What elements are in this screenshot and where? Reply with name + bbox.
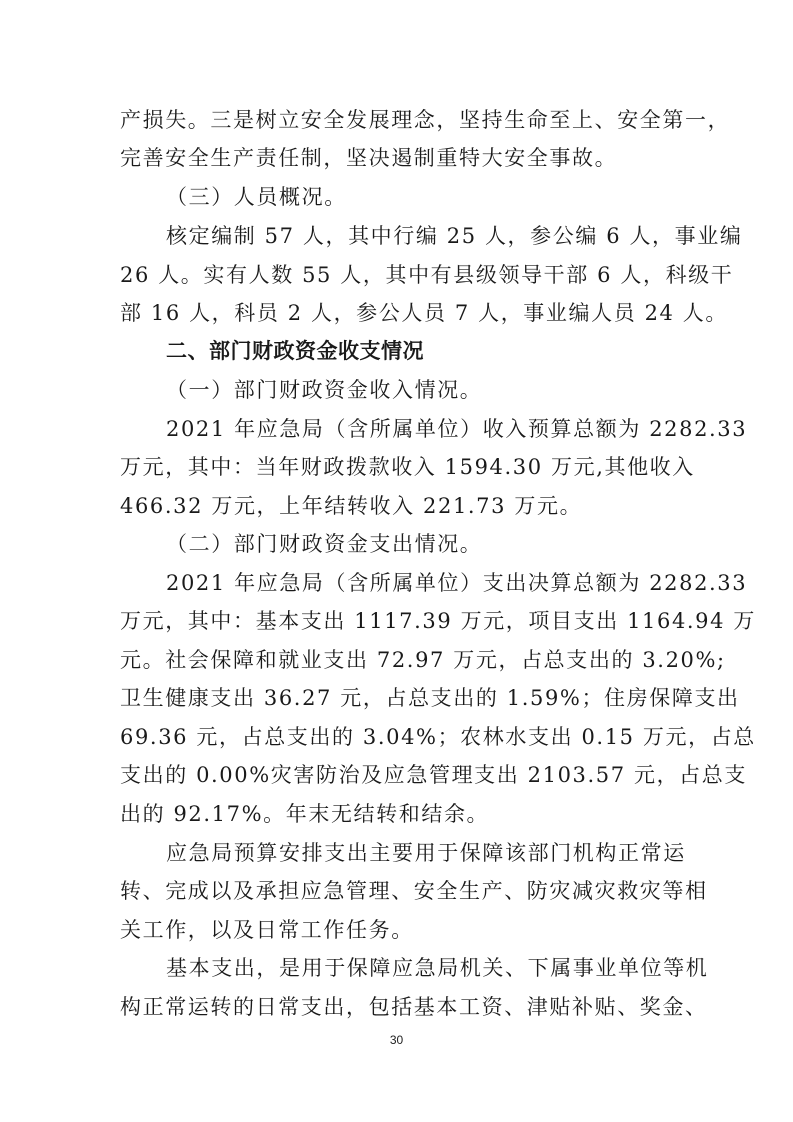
text-line: 69.36 元，占总支出的 3.04%；农林水支出 0.15 万元，占总 xyxy=(120,722,676,752)
text-line: 核定编制 57 人，其中行编 25 人，参公编 6 人，事业编 xyxy=(166,221,676,251)
text-line: 元。社会保障和就业支出 72.97 万元，占总支出的 3.20%; xyxy=(120,645,676,675)
text-line: 产损失。三是树立安全发展理念，坚持生命至上、安全第一， xyxy=(120,105,676,135)
text-line: 基本支出，是用于保障应急局机关、下属事业单位等机 xyxy=(166,953,676,983)
text-line: 出的 92.17%。年末无结转和结余。 xyxy=(120,799,676,829)
text-line: 卫生健康支出 36.27 元，占总支出的 1.59%；住房保障支出 xyxy=(120,683,676,713)
text-line: 完善安全生产责任制，坚决遏制重特大安全事故。 xyxy=(120,143,676,173)
text-line: 466.32 万元，上年结转收入 221.73 万元。 xyxy=(120,491,676,521)
section-heading-finance: 二、部门财政资金收支情况 xyxy=(166,336,676,366)
text-line: 关工作，以及日常工作任务。 xyxy=(120,915,676,945)
subsection-heading-expenditure: （二）部门财政资金支出情况。 xyxy=(166,529,676,559)
document-page: 产损失。三是树立安全发展理念，坚持生命至上、安全第一， 完善安全生产责任制，坚决… xyxy=(0,0,793,1122)
subsection-heading-personnel: （三）人员概况。 xyxy=(166,182,676,212)
text-line: 构正常运转的日常支出，包括基本工资、津贴补贴、奖金、 xyxy=(120,992,676,1022)
text-line: 支出的 0.00%灾害防治及应急管理支出 2103.57 元，占总支 xyxy=(120,760,676,790)
text-line: 2021 年应急局（含所属单位）收入预算总额为 2282.33 xyxy=(166,414,676,444)
page-number: 30 xyxy=(0,1033,793,1047)
text-line: 2021 年应急局（含所属单位）支出决算总额为 2282.33 xyxy=(166,568,676,598)
text-line: 应急局预算安排支出主要用于保障该部门机构正常运 xyxy=(166,838,676,868)
text-line: 26 人。实有人数 55 人，其中有县级领导干部 6 人，科级干 xyxy=(120,260,676,290)
text-line: 部 16 人，科员 2 人，参公人员 7 人，事业编人员 24 人。 xyxy=(120,298,676,328)
text-line: 转、完成以及承担应急管理、安全生产、防灾减灾救灾等相 xyxy=(120,876,676,906)
text-line: 万元，其中：基本支出 1117.39 万元，项目支出 1164.94 万 xyxy=(120,606,676,636)
text-line: 万元，其中：当年财政拨款收入 1594.30 万元,其他收入 xyxy=(120,452,676,482)
subsection-heading-income: （一）部门财政资金收入情况。 xyxy=(166,375,676,405)
